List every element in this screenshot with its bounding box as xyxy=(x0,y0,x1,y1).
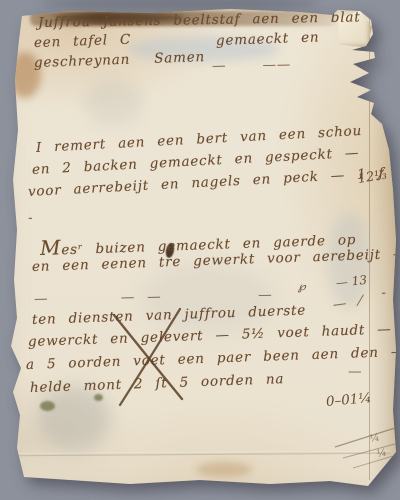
bottom-center-stain xyxy=(196,462,252,477)
green-speck xyxy=(40,401,55,411)
paper-shadow-wrapper: Juffrou Jansens beeltstaf aen een blat e… xyxy=(0,0,400,500)
handwritten-line-p1-2a: een tafel C xyxy=(34,32,132,51)
left-margin-dash: - xyxy=(28,210,33,226)
manuscript-page: Juffrou Jansens beeltstaf aen een blat e… xyxy=(0,0,400,500)
margin-note: ¼ xyxy=(369,432,381,445)
cross-out-x xyxy=(100,303,200,411)
pencil-scribbles xyxy=(333,415,397,473)
margin-note: ¼ xyxy=(376,447,388,460)
mid-right-dash: — xyxy=(348,364,362,380)
scan-background: Juffrou Jansens beeltstaf aen een blat e… xyxy=(0,0,400,500)
faint-smudge-upper-left xyxy=(85,80,143,126)
trailing-dashes-p1: — —— xyxy=(212,57,291,74)
